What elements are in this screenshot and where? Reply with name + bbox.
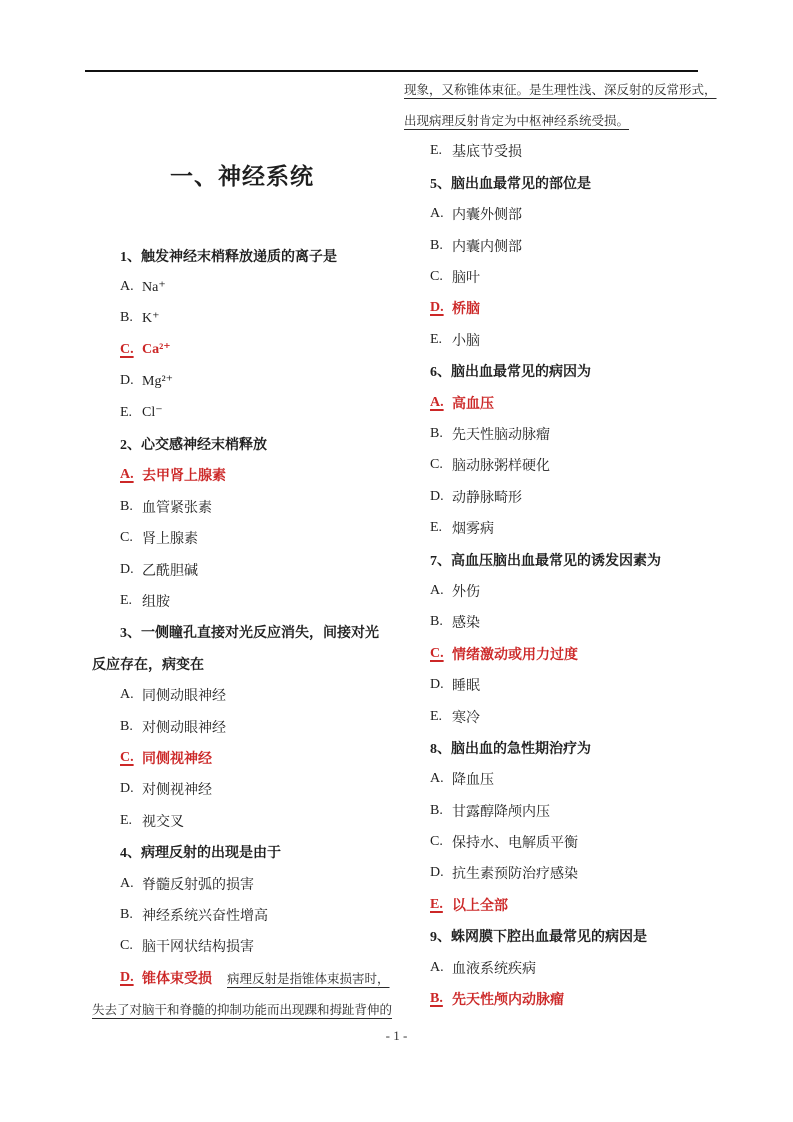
option-text: 情绪激动或用力过度 — [452, 644, 578, 664]
header-divider-line — [85, 70, 698, 72]
option-item: D.乙酰胆碱 — [92, 554, 392, 585]
option-item: E.小脑 — [404, 324, 700, 355]
option-item: D.动静脉畸形 — [404, 481, 700, 512]
question-text: 4、病理反射的出现是由于 — [92, 836, 392, 867]
option-letter: D. — [120, 562, 142, 578]
left-column-lines: 1、触发神经末梢释放递质的离子是A.Na⁺B.K⁺C.Ca²⁺D.Mg²⁺E.C… — [92, 240, 392, 1025]
option-item: C.肾上腺素 — [92, 523, 392, 554]
option-item: B.K⁺ — [92, 303, 392, 334]
option-letter: E. — [120, 813, 142, 829]
option-text: 抗生素预防治疗感染 — [452, 863, 578, 883]
option-text: 桥脑 — [452, 298, 480, 318]
option-letter: A. — [430, 583, 452, 599]
option-item: B.血管紧张素 — [92, 491, 392, 522]
option-letter: A. — [120, 467, 142, 483]
option-letter: B. — [430, 614, 452, 630]
question-text: 5、脑出血最常见的部位是 — [404, 167, 700, 198]
option-letter: D. — [430, 677, 452, 693]
option-text: 血管紧张素 — [142, 497, 212, 517]
option-letter: D. — [430, 489, 452, 505]
option-item: B.对侧动眼神经 — [92, 711, 392, 742]
option-item: B.神经系统兴奋性增高 — [92, 899, 392, 930]
option-text: 降血压 — [452, 769, 494, 789]
option-text: 甘露醇降颅内压 — [452, 801, 550, 821]
option-letter: C. — [430, 269, 452, 285]
option-letter: B. — [120, 499, 142, 515]
option-letter: D. — [430, 300, 452, 316]
option-item: E.基底节受损 — [404, 136, 700, 167]
question-text: 3、一侧瞳孔直接对光反应消失，间接对光 — [92, 617, 392, 648]
option-text: 烟雾病 — [452, 518, 494, 538]
option-letter: D. — [120, 970, 142, 986]
option-text: Ca²⁺ — [142, 341, 171, 358]
option-letter: D. — [120, 781, 142, 797]
option-letter: E. — [430, 709, 452, 725]
option-text: K⁺ — [142, 310, 160, 327]
page-number: - 1 - — [0, 1028, 793, 1044]
question-text: 9、蛛网膜下腔出血最常见的病因是 — [404, 921, 700, 952]
option-text: 对侧动眼神经 — [142, 717, 226, 737]
question-text: 2、心交感神经末梢释放 — [92, 428, 392, 459]
option-letter: E. — [430, 143, 452, 159]
option-item: C.保持水、电解质平衡 — [404, 826, 700, 857]
option-item: E.Cl⁻ — [92, 397, 392, 428]
option-item: A.降血压 — [404, 764, 700, 795]
option-item: A.外伤 — [404, 575, 700, 606]
option-letter: C. — [120, 938, 142, 954]
answer-option: B.先天性颅内动脉瘤 — [404, 983, 700, 1014]
option-letter: C. — [120, 342, 142, 358]
option-text: 先天性颅内动脉瘤 — [452, 989, 564, 1009]
answer-option-with-note: D.锥体束受损病理反射是指锥体束损害时， — [92, 962, 392, 993]
option-letter: C. — [430, 834, 452, 850]
option-item: B.感染 — [404, 607, 700, 638]
right-column-lines: 现象，又称锥体束征。是生理性浅、深反射的反常形式，出现病理反射肯定为中枢神经系统… — [404, 73, 700, 1015]
option-text: 保持水、电解质平衡 — [452, 832, 578, 852]
option-letter: E. — [430, 332, 452, 348]
option-letter: E. — [120, 593, 142, 609]
option-letter: C. — [120, 530, 142, 546]
option-text: 寒冷 — [452, 707, 480, 727]
option-item: C.脑叶 — [404, 261, 700, 292]
option-text: 小脑 — [452, 330, 480, 350]
option-item: E.烟雾病 — [404, 512, 700, 543]
option-text: 高血压 — [452, 393, 494, 413]
option-letter: A. — [430, 771, 452, 787]
option-item: E.组胺 — [92, 585, 392, 616]
left-column: 一、神经系统 1、触发神经末梢释放递质的离子是A.Na⁺B.K⁺C.Ca²⁺D.… — [92, 73, 392, 1025]
option-letter: C. — [430, 646, 452, 662]
option-item: E.寒冷 — [404, 701, 700, 732]
option-letter: B. — [430, 803, 452, 819]
option-text: Cl⁻ — [142, 404, 163, 421]
option-text: 脑干网状结构损害 — [142, 936, 254, 956]
option-text: 血液系统疾病 — [452, 958, 536, 978]
explanation-text: 出现病理反射肯定为中枢神经系统受损。 — [404, 104, 700, 135]
option-letter: A. — [430, 960, 452, 976]
option-text: 外伤 — [452, 581, 480, 601]
option-item: A.同侧动眼神经 — [92, 679, 392, 710]
question-text: 6、脑出血最常见的病因为 — [404, 356, 700, 387]
option-letter: A. — [430, 395, 452, 411]
option-text: 去甲肾上腺素 — [142, 465, 226, 485]
option-text: 感染 — [452, 612, 480, 632]
question-text-wrap: 反应存在，病变在 — [92, 648, 392, 679]
answer-option: A.高血压 — [404, 387, 700, 418]
option-letter: D. — [120, 373, 142, 389]
explanation-text: 现象，又称锥体束征。是生理性浅、深反射的反常形式， — [404, 73, 700, 104]
answer-option: C.Ca²⁺ — [92, 334, 392, 365]
option-text: 神经系统兴奋性增高 — [142, 905, 268, 925]
option-item: B.先天性脑动脉瘤 — [404, 418, 700, 449]
option-text: 脊髓反射弧的损害 — [142, 874, 254, 894]
option-letter: A. — [120, 279, 142, 295]
option-text: 组胺 — [142, 591, 170, 611]
option-text: 同侧视神经 — [142, 748, 212, 768]
option-text: 内囊外侧部 — [452, 204, 522, 224]
option-letter: C. — [120, 750, 142, 766]
right-column: 现象，又称锥体束征。是生理性浅、深反射的反常形式，出现病理反射肯定为中枢神经系统… — [404, 73, 700, 1015]
inline-explanation: 病理反射是指锥体束损害时， — [227, 969, 390, 987]
option-text: 对侧视神经 — [142, 779, 212, 799]
option-item: B.内囊内侧部 — [404, 230, 700, 261]
option-text: 动静脉畸形 — [452, 487, 522, 507]
option-letter: E. — [430, 520, 452, 536]
option-letter: D. — [430, 865, 452, 881]
explanation-text: 失去了对脑干和脊髓的抑制功能而出现踝和拇趾背伸的 — [92, 993, 392, 1024]
option-letter: B. — [430, 238, 452, 254]
option-letter: A. — [120, 876, 142, 892]
option-item: B.甘露醇降颅内压 — [404, 795, 700, 826]
option-item: D.对侧视神经 — [92, 774, 392, 805]
option-letter: B. — [430, 991, 452, 1007]
option-text: 睡眠 — [452, 675, 480, 695]
option-item: A.内囊外侧部 — [404, 199, 700, 230]
option-letter: E. — [120, 405, 142, 421]
answer-option: D.桥脑 — [404, 293, 700, 324]
answer-option: C.情绪激动或用力过度 — [404, 638, 700, 669]
option-letter: B. — [120, 907, 142, 923]
option-item: D.Mg²⁺ — [92, 366, 392, 397]
option-letter: A. — [120, 687, 142, 703]
option-text: Mg²⁺ — [142, 373, 173, 390]
option-text: 脑动脉粥样硬化 — [452, 455, 550, 475]
option-item: C.脑动脉粥样硬化 — [404, 450, 700, 481]
option-text: 脑叶 — [452, 267, 480, 287]
option-text: 内囊内侧部 — [452, 236, 522, 256]
option-letter: B. — [120, 719, 142, 735]
option-letter: B. — [120, 310, 142, 326]
question-text: 8、脑出血的急性期治疗为 — [404, 732, 700, 763]
option-text: 锥体束受损 — [142, 968, 212, 988]
document-page: 一、神经系统 1、触发神经末梢释放递质的离子是A.Na⁺B.K⁺C.Ca²⁺D.… — [0, 0, 793, 1122]
option-text: 以上全部 — [452, 895, 508, 915]
option-item: E.视交叉 — [92, 805, 392, 836]
option-text: 同侧动眼神经 — [142, 685, 226, 705]
option-item: D.抗生素预防治疗感染 — [404, 858, 700, 889]
option-text: Na⁺ — [142, 279, 166, 296]
question-text: 7、高血压脑出血最常见的诱发因素为 — [404, 544, 700, 575]
option-text: 基底节受损 — [452, 141, 522, 161]
option-text: 视交叉 — [142, 811, 184, 831]
answer-option: C.同侧视神经 — [92, 742, 392, 773]
option-text: 肾上腺素 — [142, 528, 198, 548]
option-letter: E. — [430, 897, 452, 913]
section-title: 一、神经系统 — [92, 161, 392, 193]
option-letter: B. — [430, 426, 452, 442]
option-letter: C. — [430, 457, 452, 473]
option-text: 先天性脑动脉瘤 — [452, 424, 550, 444]
option-item: A.血液系统疾病 — [404, 952, 700, 983]
option-letter: A. — [430, 206, 452, 222]
option-item: C.脑干网状结构损害 — [92, 931, 392, 962]
answer-option: A.去甲肾上腺素 — [92, 460, 392, 491]
option-item: A.Na⁺ — [92, 271, 392, 302]
option-item: D.睡眠 — [404, 669, 700, 700]
question-text: 1、触发神经末梢释放递质的离子是 — [92, 240, 392, 271]
answer-option: E.以上全部 — [404, 889, 700, 920]
option-text: 乙酰胆碱 — [142, 560, 198, 580]
option-item: A.脊髓反射弧的损害 — [92, 868, 392, 899]
